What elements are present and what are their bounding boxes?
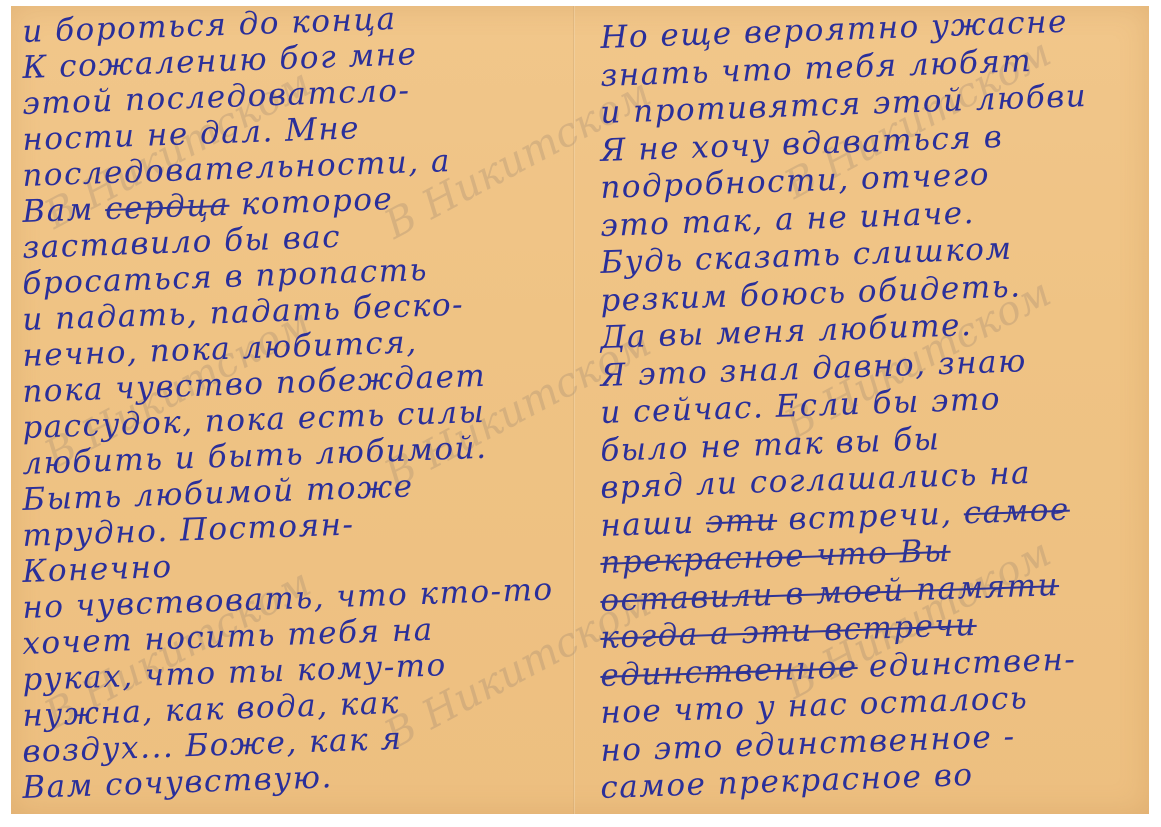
struck-text: самое xyxy=(963,491,1070,531)
line-text: Конечно xyxy=(22,549,173,590)
line-text: Вам xyxy=(22,192,95,230)
left-page: и бороться до концаК сожалению бог мнеэт… xyxy=(23,6,568,814)
paper-fold xyxy=(573,6,575,814)
struck-text: эти xyxy=(705,501,777,539)
line-text-after: единствен- xyxy=(857,641,1077,685)
line-text-after: которое xyxy=(229,181,394,223)
handwritten-line: Конечно xyxy=(22,549,173,590)
letter-paper: В Никитском В Никитском В Никитском В Ни… xyxy=(11,6,1149,814)
right-page: Но еще вероятно ужаснезнать что тебя люб… xyxy=(601,6,1141,814)
struck-text: сердца xyxy=(105,187,230,227)
line-text-after: встречи, xyxy=(776,495,953,537)
line-text: наши xyxy=(600,504,695,543)
